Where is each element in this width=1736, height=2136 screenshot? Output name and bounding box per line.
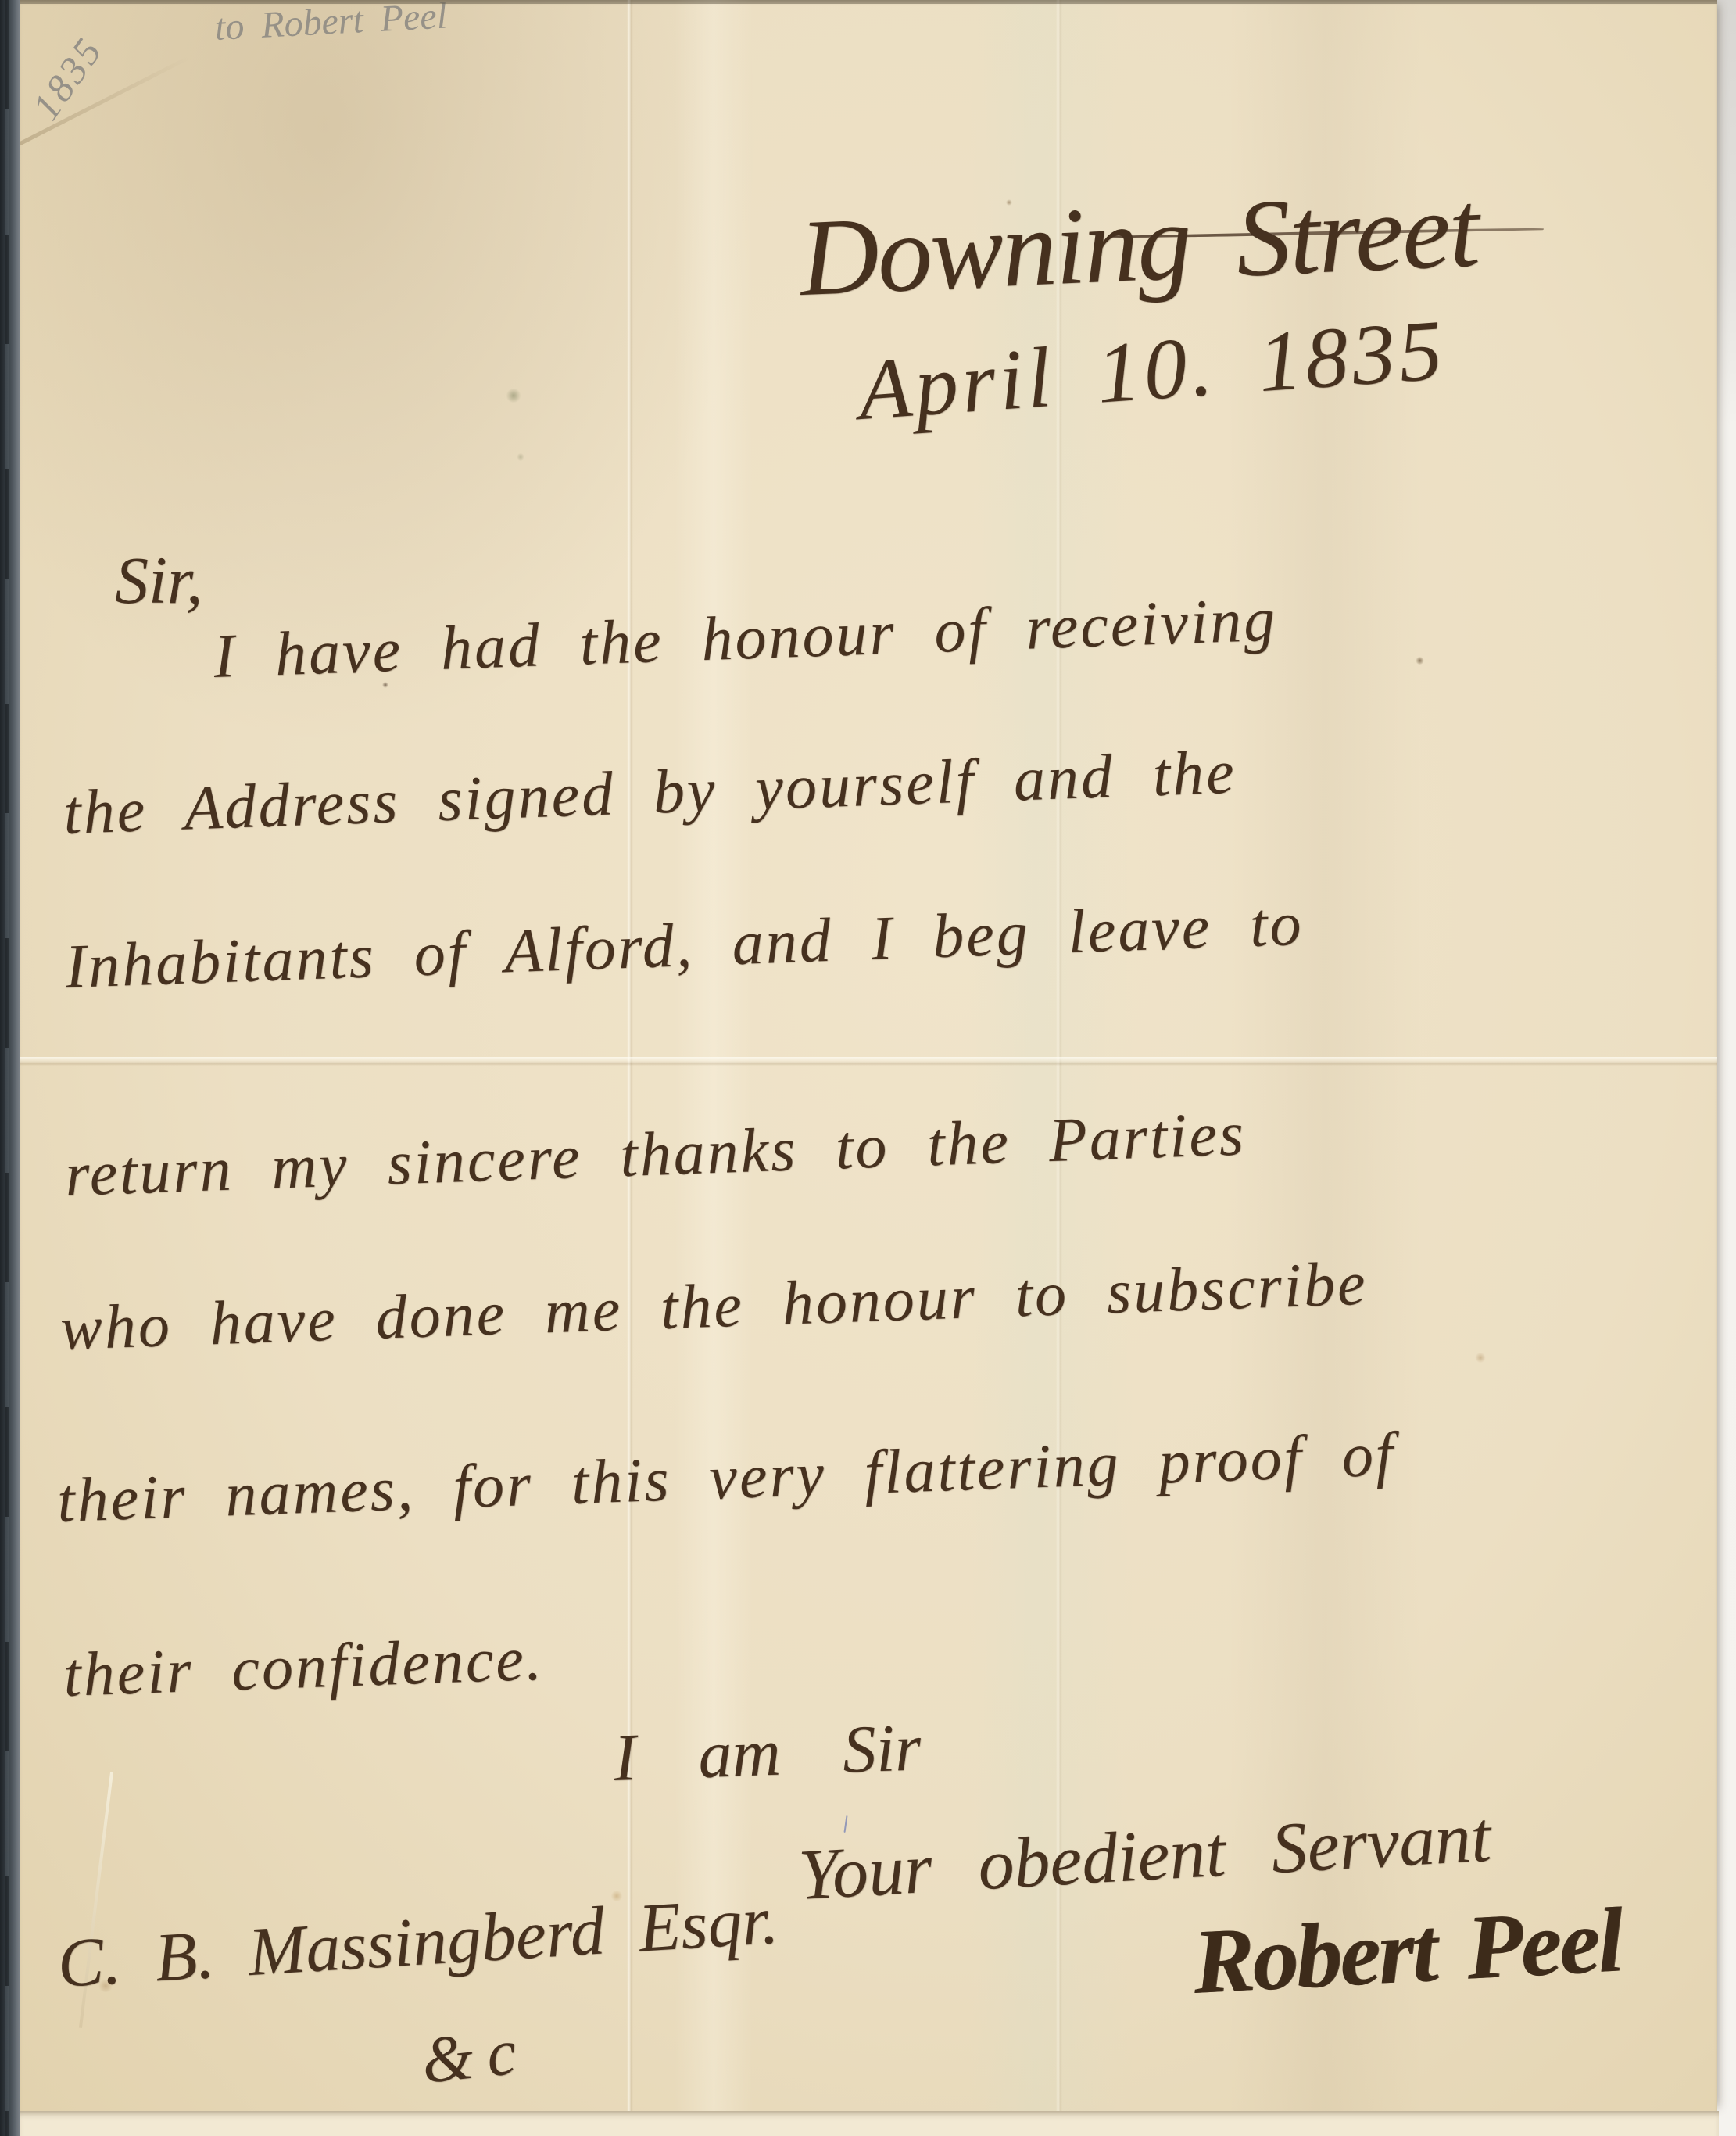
addressee-name: C. B. Massingberd Esqr. [55, 1881, 781, 2004]
signature-robert-peel: Robert Peel [1190, 1887, 1623, 2016]
paper-stain [1475, 1353, 1486, 1363]
pencil-year-annotation: 1835 [23, 27, 112, 127]
body-line: their confidence. [63, 1624, 545, 1711]
salutation: Sir, [115, 541, 202, 619]
addressee-flourish: &c [418, 2012, 534, 2099]
letter-paper-sheet: 1835 to Robert Peel Downing Street April… [20, 0, 1717, 2111]
scan-band [675, 0, 753, 2111]
closing-line-1: I am Sir [613, 1708, 922, 1797]
horizontal-fold-crease [20, 1057, 1717, 1066]
vertical-fold-crease [1056, 0, 1062, 2111]
scanned-letter-canvas: 1835 to Robert Peel Downing Street April… [0, 0, 1736, 2136]
scan-band [969, 0, 1133, 2111]
paper-stain [1416, 657, 1424, 665]
second-sheet-edge [20, 2111, 1719, 2136]
scanner-left-dark-edge [0, 0, 20, 2136]
pencil-recipient-annotation: to Robert Peel [214, 0, 449, 49]
paper-top-edge-shadow [20, 0, 1717, 4]
paper-stain [517, 453, 524, 461]
paper-stain [506, 389, 521, 403]
